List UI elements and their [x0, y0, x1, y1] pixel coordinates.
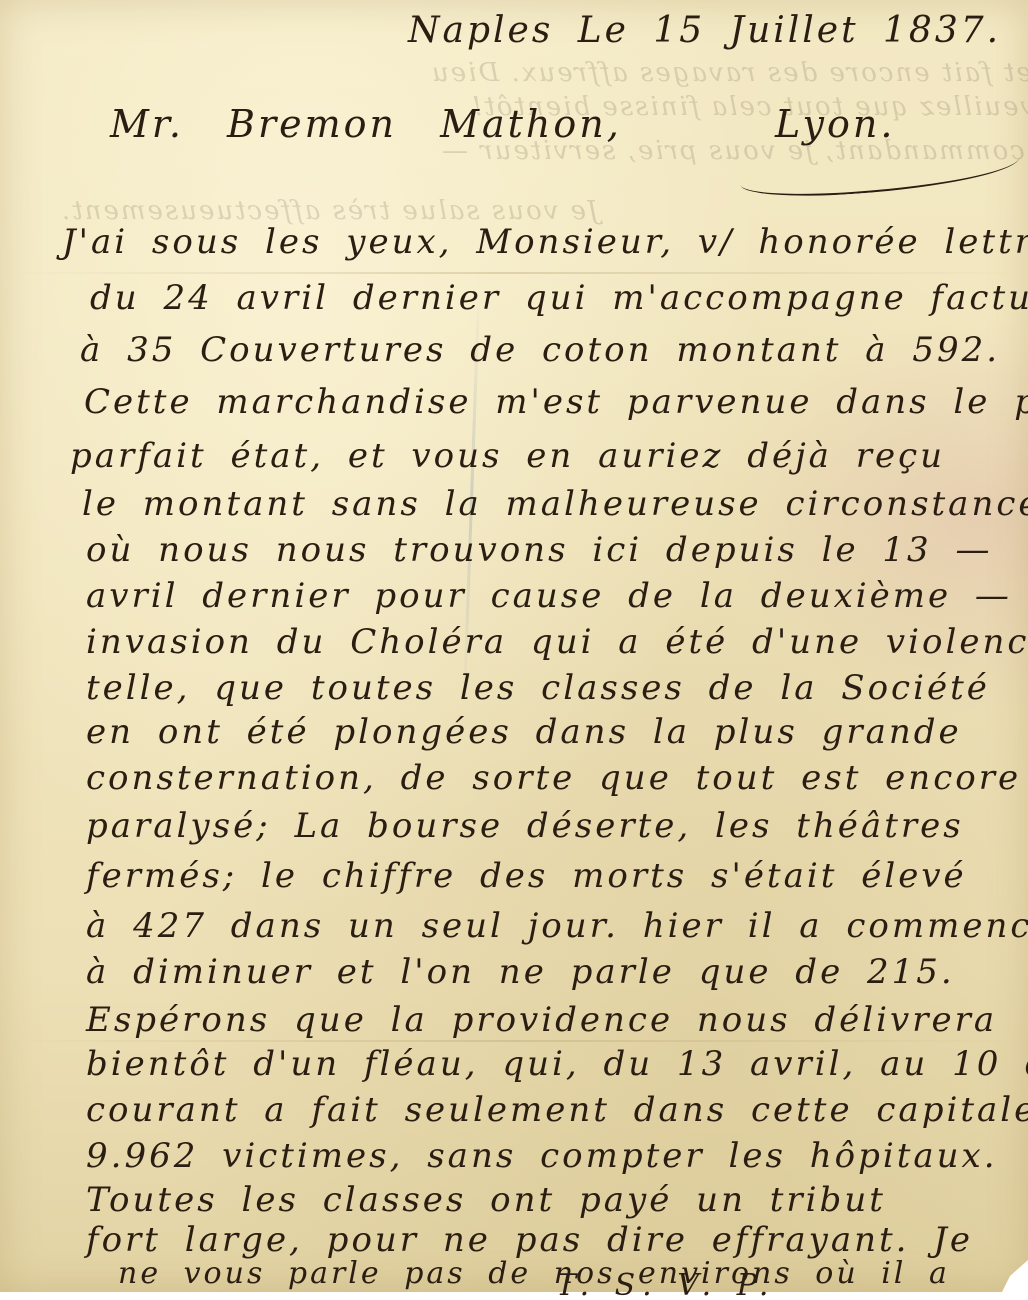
letter-body-line: ne vous parle pas de nos environs où il … [118, 1256, 950, 1291]
letter-body-line: fermés; le chiffre des morts s'était éle… [86, 856, 967, 896]
letter-body-line: bientôt d'un fléau, qui, du 13 avril, au… [86, 1044, 1028, 1084]
letter-body-line: en ont été plongées dans la plus grande [86, 712, 962, 752]
letter-body-line: parfait état, et vous en auriez déjà reç… [70, 436, 945, 476]
letter-body-line: consternation, de sorte que tout est enc… [86, 758, 1028, 798]
letter-body-line: 9.962 victimes, sans compter les hôpitau… [86, 1136, 998, 1176]
letter-body-line: J'ai sous les yeux, Monsieur, v/ honorée… [62, 222, 1028, 262]
letter-addressee: Mr. Bremon Mathon, Lyon. [110, 102, 895, 146]
letter-body-line: du 24 avril dernier qui m'accompagne fac… [90, 278, 1028, 318]
letter-body-line: invasion du Choléra qui a été d'une viol… [86, 622, 1028, 662]
letter-body-line: fort large, pour ne pas dire effrayant. … [86, 1220, 973, 1260]
letter-place-date: Naples Le 15 Juillet 1837. [408, 10, 1001, 51]
letter-body-line: à diminuer et l'on ne parle que de 215. [86, 952, 955, 992]
letter-body-line: où nous nous trouvons ici depuis le 13 — [86, 530, 992, 570]
addressee-name: Mr. Bremon Mathon, [110, 102, 622, 146]
letter-body-line: à 35 Couvertures de coton montant à 592. [80, 330, 1000, 370]
letter-body-line: courant a fait seulement dans cette capi… [86, 1090, 1028, 1130]
bleed-through-text: fait et fait encore des ravages affreux.… [430, 58, 1028, 88]
addressee-city: Lyon. [775, 102, 895, 146]
letter-body-line: à 427 dans un seul jour. hier il a comme… [86, 906, 1028, 946]
letter-body-line: telle, que toutes les classes de la Soci… [86, 668, 990, 708]
letter-body-line: le montant sans la malheureuse circonsta… [82, 484, 1028, 524]
letter-body-line: avril dernier pour cause de la deuxième … [86, 576, 1012, 616]
paper-fold-line [0, 1040, 1028, 1042]
letter-body-line: paralysé; La bourse déserte, les théâtre… [86, 806, 964, 846]
letter-body-line: Espérons que la providence nous délivrer… [86, 1000, 997, 1040]
letter-body-line: Cette marchandise m'est parvenue dans le… [84, 382, 1028, 422]
letter-closing-tsvp: T. S. V. P. [556, 1268, 776, 1300]
letter-body-line: Toutes les classes ont payé un tribut [86, 1180, 886, 1220]
paper-fold-line [0, 272, 1028, 274]
